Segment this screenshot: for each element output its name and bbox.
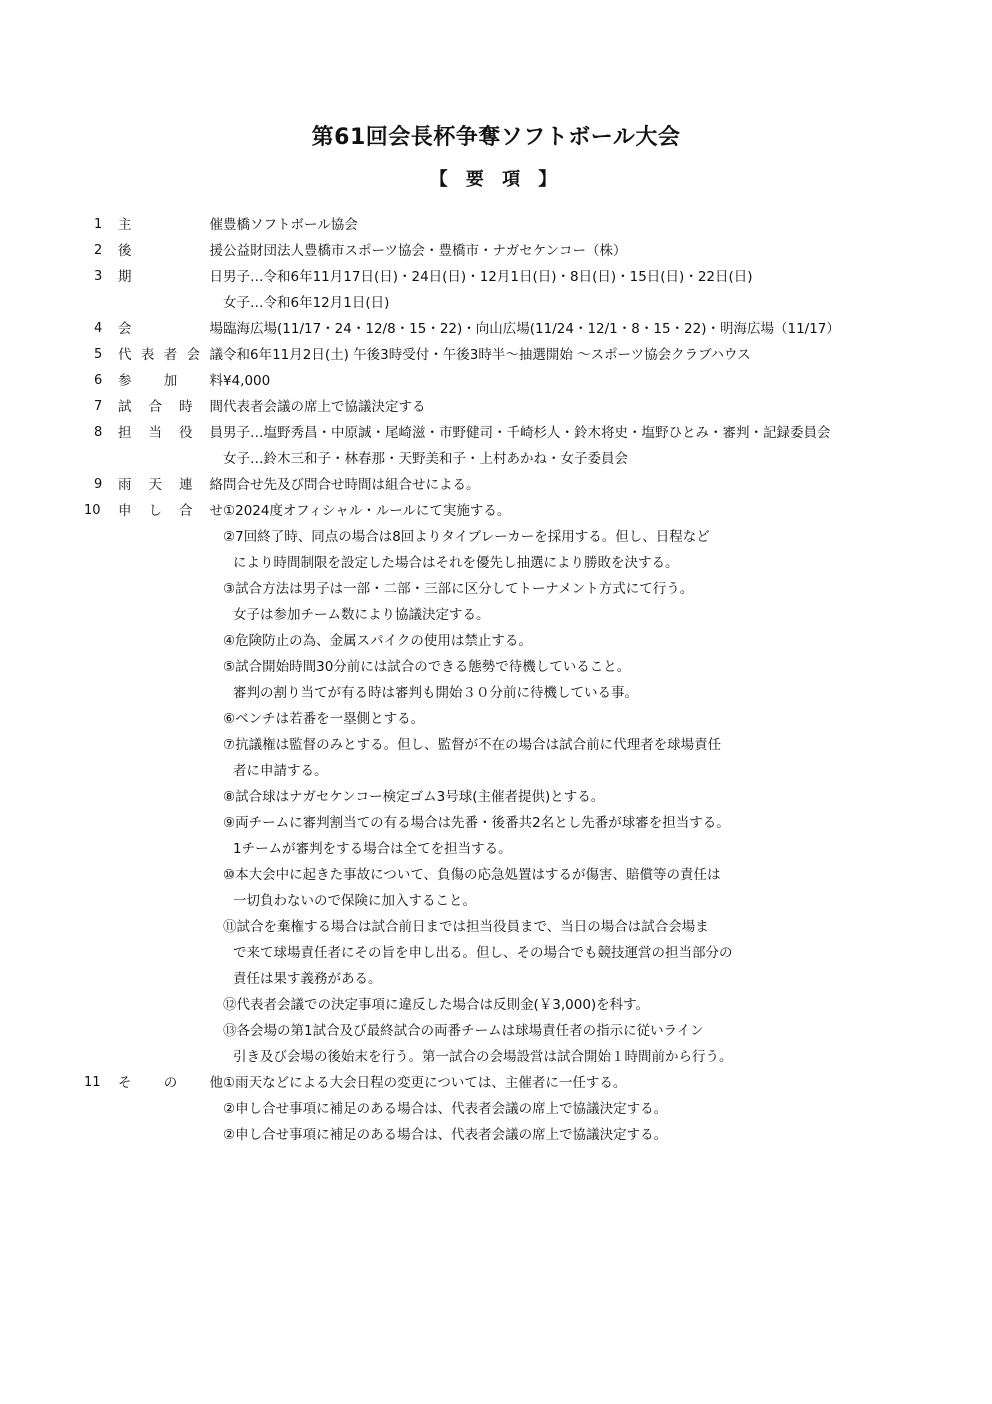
item-label-char: 連 xyxy=(179,472,193,498)
item-label-char: 会 xyxy=(118,316,132,342)
item-line: により時間制限を設定した場合はそれを優先し抽選により勝敗を決する。 xyxy=(223,550,904,576)
item-label-char: 場 xyxy=(210,316,224,342)
item-label: 担当役員 xyxy=(118,420,223,446)
list-item: 7試合時間代表者会議の席上で協議決定する xyxy=(84,394,904,420)
item-line: 男子…塩野秀昌・中原誠・尾崎滋・市野健司・千崎杉人・鈴木将史・塩野ひとみ・審判・… xyxy=(223,420,904,446)
item-content: 男子…令和6年11月17日(日)・24日(日)・12月1日(日)・8日(日)・1… xyxy=(223,264,904,316)
item-line: ③試合方法は男子は一部・二部・三部に区分してトーナメント方式にて行う。 xyxy=(223,576,904,602)
item-line: 女子は参加チーム数により協議決定する。 xyxy=(223,602,904,628)
item-line: 問合せ先及び問合せ時間は組合せによる。 xyxy=(223,472,904,498)
item-number: 1 xyxy=(84,212,118,238)
list-item: 9雨天連絡問合せ先及び問合せ時間は組合せによる。 xyxy=(84,472,904,498)
item-line: 審判の割り当てが有る時は審判も開始３０分前に待機している事。 xyxy=(223,680,904,706)
item-label-char: 議 xyxy=(210,342,224,368)
item-number: 10 xyxy=(84,498,118,524)
item-label-char: 主 xyxy=(118,212,132,238)
item-content: 公益財団法人豊橋市スポーツ協会・豊橋市・ナガセケンコー（株） xyxy=(223,238,904,264)
item-label-char: 代 xyxy=(118,342,132,368)
item-label-char: 担 xyxy=(118,420,132,446)
list-item: 3期日男子…令和6年11月17日(日)・24日(日)・12月1日(日)・8日(日… xyxy=(84,264,904,316)
document-subtitle: 【 要 項 】 xyxy=(0,165,992,191)
item-label-char: そ xyxy=(118,1070,132,1096)
item-content: 男子…塩野秀昌・中原誠・尾崎滋・市野健司・千崎杉人・鈴木将史・塩野ひとみ・審判・… xyxy=(223,420,904,472)
item-line: ④危険防止の為、金属スパイクの使用は禁止する。 xyxy=(223,628,904,654)
item-label-char: の xyxy=(164,1070,178,1096)
item-label-char: 絡 xyxy=(210,472,224,498)
item-line: ⑬各会場の第1試合及び最終試合の両番チームは球場責任者の指示に従いライン xyxy=(223,1018,904,1044)
item-label-char: 者 xyxy=(164,342,178,368)
item-label-char: 雨 xyxy=(118,472,132,498)
requirements-list: 1主催豊橋ソフトボール協会2後援公益財団法人豊橋市スポーツ協会・豊橋市・ナガセケ… xyxy=(84,212,904,1148)
item-label: 期日 xyxy=(118,264,223,290)
item-line: ②申し合せ事項に補足のある場合は、代表者会議の席上で協議決定する。 xyxy=(223,1096,904,1122)
item-label-char: 他 xyxy=(210,1070,224,1096)
item-line: 臨海広場(11/17・24・12/8・15・22)・向山広場(11/24・12/… xyxy=(223,316,904,342)
item-number: 2 xyxy=(84,238,118,264)
item-line: ⑪試合を棄権する場合は試合前日までは担当役員まで、当日の場合は試合会場ま xyxy=(223,914,904,940)
item-number: 8 xyxy=(84,420,118,446)
item-line: 責任は果す義務がある。 xyxy=(223,966,904,992)
item-label: その他 xyxy=(118,1070,223,1096)
item-line: ¥4,000 xyxy=(223,368,904,394)
item-label-char: し xyxy=(149,498,163,524)
list-item: 1主催豊橋ソフトボール協会 xyxy=(84,212,904,238)
item-label-char: 試 xyxy=(118,394,132,420)
item-content: 臨海広場(11/17・24・12/8・15・22)・向山広場(11/24・12/… xyxy=(223,316,904,342)
item-line: ②申し合せ事項に補足のある場合は、代表者会議の席上で協議決定する。 xyxy=(223,1122,904,1148)
item-number: 6 xyxy=(84,368,118,394)
item-label-char: せ xyxy=(210,498,224,524)
item-line: 豊橋ソフトボール協会 xyxy=(223,212,904,238)
item-line: ②7回終了時、同点の場合は8回よりタイブレーカーを採用する。但し、日程など xyxy=(223,524,904,550)
item-content: ①雨天などによる大会日程の変更については、主催者に一任する。②申し合せ事項に補足… xyxy=(223,1070,904,1148)
item-label-char: 日 xyxy=(210,264,224,290)
item-label-char: 天 xyxy=(149,472,163,498)
item-line: 公益財団法人豊橋市スポーツ協会・豊橋市・ナガセケンコー（株） xyxy=(223,238,904,264)
item-label: 試合時間 xyxy=(118,394,223,420)
list-item: 11その他①雨天などによる大会日程の変更については、主催者に一任する。②申し合せ… xyxy=(84,1070,904,1148)
item-label-char: 後 xyxy=(118,238,132,264)
item-content: 豊橋ソフトボール協会 xyxy=(223,212,904,238)
item-line: ⑥ベンチは若番を一塁側とする。 xyxy=(223,706,904,732)
item-label-char: 加 xyxy=(164,368,178,394)
item-content: ①2024度オフィシャル・ルールにて実施する。②7回終了時、同点の場合は8回より… xyxy=(223,498,904,1070)
item-line: 一切負わないので保険に加入すること。 xyxy=(223,888,904,914)
item-content: 問合せ先及び問合せ時間は組合せによる。 xyxy=(223,472,904,498)
item-label-char: 料 xyxy=(210,368,224,394)
item-line: 女子…鈴木三和子・林春那・天野美和子・上村あかね・女子委員会 xyxy=(223,446,904,472)
item-content: 令和6年11月2日(土) 午後3時受付・午後3時半～抽選開始 ～スポーツ協会クラ… xyxy=(223,342,904,368)
item-label: 代表者会議 xyxy=(118,342,223,368)
item-label-char: 員 xyxy=(210,420,224,446)
item-label-char: 合 xyxy=(179,498,193,524)
item-line: 男子…令和6年11月17日(日)・24日(日)・12月1日(日)・8日(日)・1… xyxy=(223,264,904,290)
item-line: ⑨両チームに審判割当ての有る場合は先番・後番共2名とし先番が球審を担当する。 xyxy=(223,810,904,836)
item-line: ①雨天などによる大会日程の変更については、主催者に一任する。 xyxy=(223,1070,904,1096)
item-line: 1チームが審判をする場合は全てを担当する。 xyxy=(223,836,904,862)
item-number: 5 xyxy=(84,342,118,368)
item-number: 3 xyxy=(84,264,118,290)
item-line: 女子…令和6年12月1日(日) xyxy=(223,290,904,316)
item-label-char: 期 xyxy=(118,264,132,290)
item-line: 引き及び会場の後始末を行う。第一試合の会場設営は試合開始１時間前から行う。 xyxy=(223,1044,904,1070)
item-line: ⑤試合開始時間30分前には試合のできる態勢で待機していること。 xyxy=(223,654,904,680)
list-item: 2後援公益財団法人豊橋市スポーツ協会・豊橋市・ナガセケンコー（株） xyxy=(84,238,904,264)
item-label-char: 申 xyxy=(118,498,132,524)
item-content: ¥4,000 xyxy=(223,368,904,394)
item-line: 令和6年11月2日(土) 午後3時受付・午後3時半～抽選開始 ～スポーツ協会クラ… xyxy=(223,342,904,368)
item-label-char: 会 xyxy=(187,342,201,368)
item-label-char: 表 xyxy=(141,342,155,368)
item-label: 後援 xyxy=(118,238,223,264)
item-line: で来て球場責任者にその旨を申し出る。但し、その場合でも競技運営の担当部分の xyxy=(223,940,904,966)
item-label-char: 援 xyxy=(210,238,224,264)
list-item: 8担当役員男子…塩野秀昌・中原誠・尾崎滋・市野健司・千崎杉人・鈴木将史・塩野ひと… xyxy=(84,420,904,472)
item-label-char: 参 xyxy=(118,368,132,394)
item-line: 者に申請する。 xyxy=(223,758,904,784)
item-number: 11 xyxy=(84,1070,118,1096)
item-line: ⑩本大会中に起きた事故について、負傷の応急処置はするが傷害、賠償等の責任は xyxy=(223,862,904,888)
item-label: 申し合せ xyxy=(118,498,223,524)
item-line: ①2024度オフィシャル・ルールにて実施する。 xyxy=(223,498,904,524)
item-number: 4 xyxy=(84,316,118,342)
item-label-char: 時 xyxy=(179,394,193,420)
item-line: 代表者会議の席上で協議決定する xyxy=(223,394,904,420)
item-label-char: 催 xyxy=(210,212,224,238)
list-item: 6参加料¥4,000 xyxy=(84,368,904,394)
item-label: 参加料 xyxy=(118,368,223,394)
item-label-char: 合 xyxy=(149,394,163,420)
item-number: 7 xyxy=(84,394,118,420)
list-item: 10申し合せ①2024度オフィシャル・ルールにて実施する。②7回終了時、同点の場… xyxy=(84,498,904,1070)
list-item: 5代表者会議令和6年11月2日(土) 午後3時受付・午後3時半～抽選開始 ～スポ… xyxy=(84,342,904,368)
item-label: 会場 xyxy=(118,316,223,342)
item-label-char: 間 xyxy=(210,394,224,420)
item-label: 主催 xyxy=(118,212,223,238)
item-line: ⑫代表者会議での決定事項に違反した場合は反則金(￥3,000)を科す。 xyxy=(223,992,904,1018)
item-content: 代表者会議の席上で協議決定する xyxy=(223,394,904,420)
item-line: ⑦抗議権は監督のみとする。但し、監督が不在の場合は試合前に代理者を球場責任 xyxy=(223,732,904,758)
item-label: 雨天連絡 xyxy=(118,472,223,498)
list-item: 4会場臨海広場(11/17・24・12/8・15・22)・向山広場(11/24・… xyxy=(84,316,904,342)
document-title: 第61回会長杯争奪ソフトボール大会 xyxy=(0,120,992,151)
item-line: ⑧試合球はナガセケンコー検定ゴム3号球(主催者提供)とする。 xyxy=(223,784,904,810)
item-label-char: 当 xyxy=(149,420,163,446)
item-number: 9 xyxy=(84,472,118,498)
item-label-char: 役 xyxy=(179,420,193,446)
